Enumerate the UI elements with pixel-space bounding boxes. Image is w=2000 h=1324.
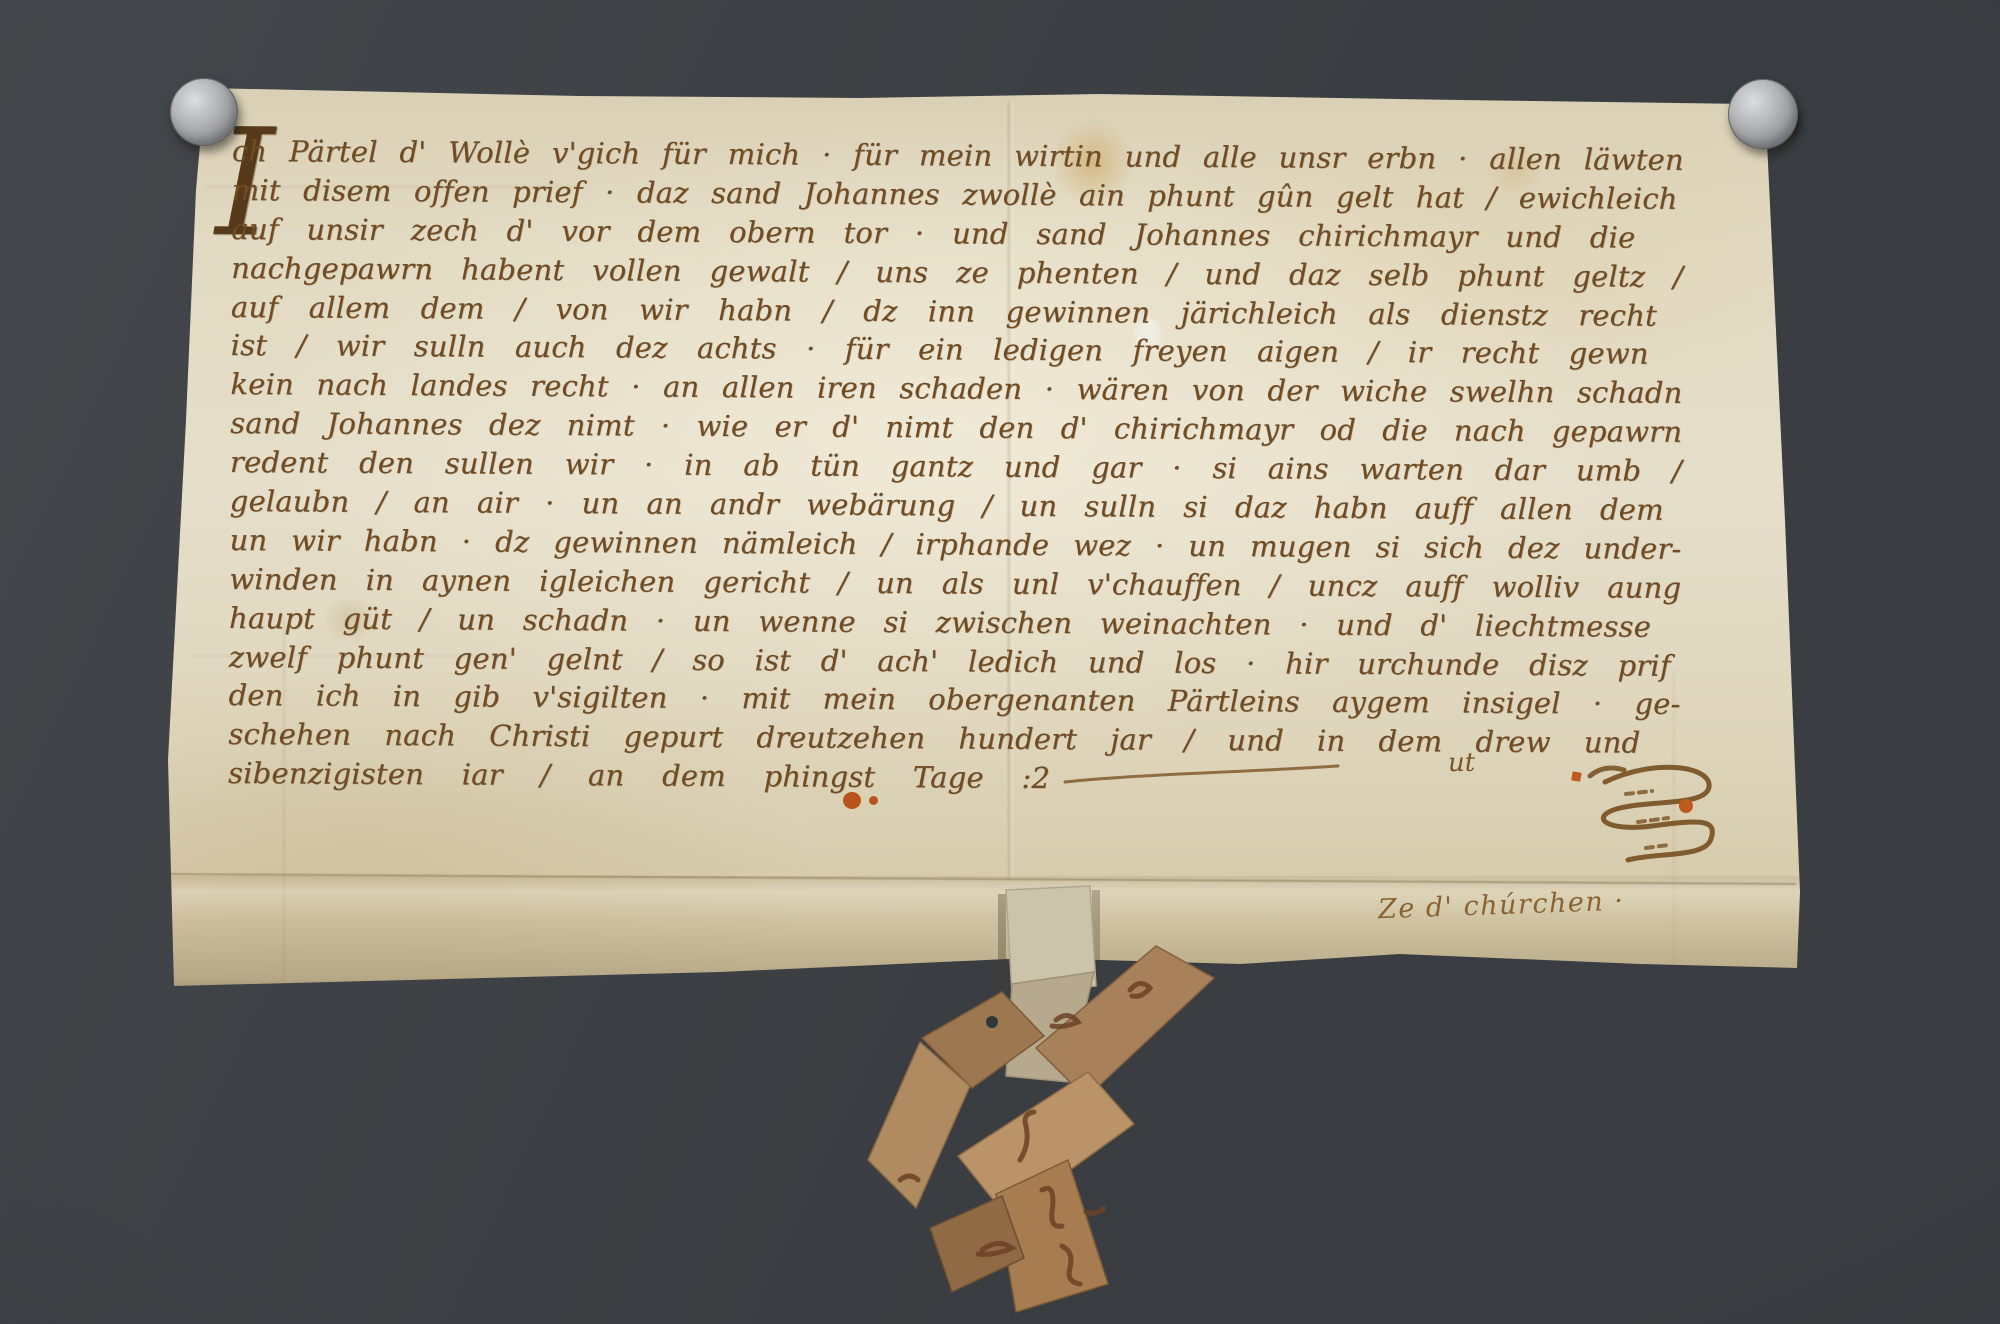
charter-text-block: Ich Pärtel d' Wollè v'gich für mich · fü…	[228, 132, 1684, 802]
photograph-of-charter: { "charter": { "lines": [ "Ich Pärtel d'…	[0, 0, 2000, 1324]
ut-abbreviation: ut	[1448, 748, 1476, 778]
red-ink-dot-large	[843, 792, 861, 809]
line-filler-stroke	[1060, 760, 1360, 800]
seal-tail	[830, 860, 1250, 1324]
red-ink-dot-small	[869, 796, 878, 805]
magnet-pin-left	[170, 78, 238, 146]
notary-flourish	[1560, 730, 1740, 880]
manuscript-line: sibenzigisten iar / an dem phingst Tage …	[228, 754, 1050, 798]
magnet-pin-right	[1728, 79, 1798, 149]
